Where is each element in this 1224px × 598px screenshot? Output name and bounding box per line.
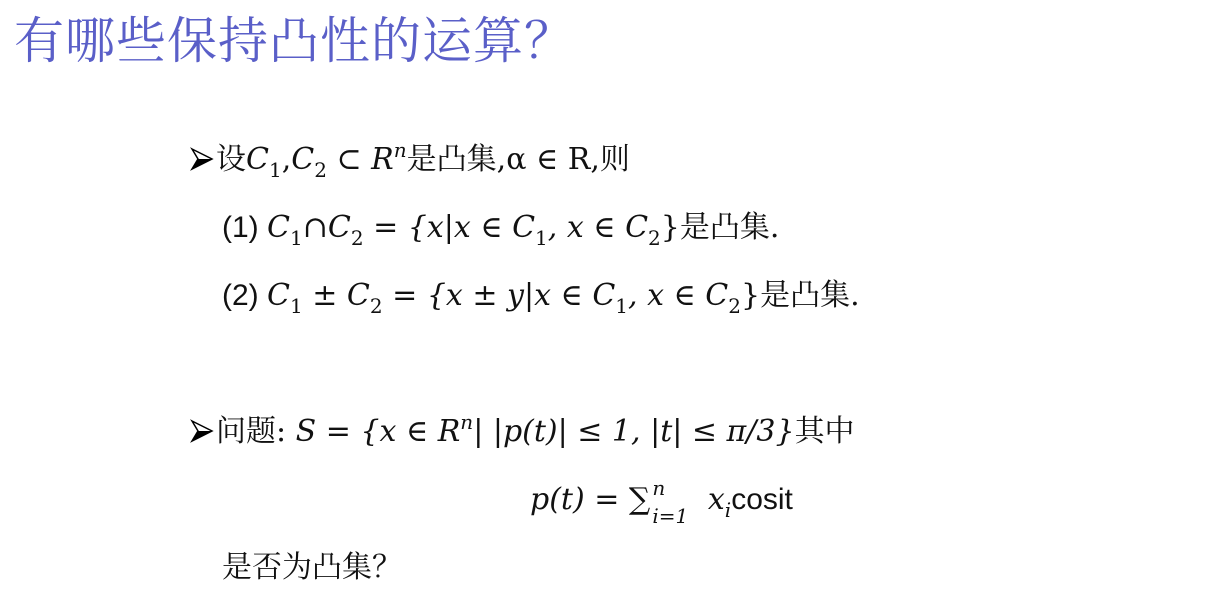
bullet-premise: 设C1,C2 ⊂ Rn是凸集,α ∈ R,则 — [190, 140, 630, 180]
subset-symbol: ⊂ — [327, 142, 371, 177]
arrow-bullet-icon — [190, 147, 214, 171]
arrow-bullet-icon — [190, 419, 214, 443]
premise-prefix: 设 — [216, 142, 246, 177]
item-label: (1) — [222, 211, 267, 244]
formula-lhs: p(t) = — [530, 482, 629, 517]
intersection-symbol: ∩ — [303, 210, 328, 245]
set-c2: C2 — [291, 142, 327, 177]
rhs-c1: C1 — [512, 210, 548, 245]
item-intersection: (1) C1∩C2 = {x|x ∈ C1, x ∈ C2}是凸集. — [222, 208, 779, 248]
rhs-end: } — [661, 210, 680, 245]
alpha-in-r: α ∈ R — [506, 142, 590, 177]
question-prefix: 问题: — [216, 414, 296, 449]
rhs-c1: C1 — [592, 278, 628, 313]
rhs-start: = {x ± y|x ∈ — [383, 278, 593, 313]
space-rn: Rn — [371, 142, 406, 177]
item-sum-difference: (2) C1 ± C2 = {x ± y|x ∈ C1, x ∈ C2}是凸集. — [222, 276, 860, 316]
premise-text: 是凸集, — [407, 142, 507, 177]
rhs-c2: C2 — [705, 278, 741, 313]
sum-symbol: ∑ni=1 — [629, 482, 698, 517]
lhs-c1: C1 — [267, 210, 303, 245]
plus-minus-symbol: ± — [303, 278, 347, 313]
question-text: 是否为凸集？ — [222, 548, 402, 588]
term-x: xi — [698, 482, 731, 517]
set-s-condition: | |p(t)| ≤ 1, |t| ≤ π/3} — [473, 414, 794, 449]
term-cosit: cosit — [731, 483, 793, 516]
set-s-start: S = {x ∈ — [296, 414, 438, 449]
question-where: 其中 — [795, 414, 855, 449]
item-suffix: 是凸集. — [680, 210, 780, 245]
lhs-c2: C2 — [328, 210, 364, 245]
item-label: (2) — [222, 279, 267, 312]
lhs-c1: C1 — [267, 278, 303, 313]
rhs-c2: C2 — [625, 210, 661, 245]
item-suffix: 是凸集. — [760, 278, 860, 313]
rhs-start: = {x|x ∈ — [364, 210, 513, 245]
rhs-mid: , x ∈ — [628, 278, 705, 313]
rhs-mid: , x ∈ — [548, 210, 625, 245]
comma: , — [282, 142, 292, 177]
set-c1: C1 — [246, 142, 282, 177]
rhs-end: } — [741, 278, 760, 313]
lhs-c2: C2 — [347, 278, 383, 313]
space-rn: Rn — [438, 414, 473, 449]
slide-title: 有哪些保持凸性的运算？ — [14, 6, 575, 76]
bullet-question: 问题: S = {x ∈ Rn| |p(t)| ≤ 1, |t| ≤ π/3}其… — [190, 412, 855, 452]
formula-p-of-t: p(t) = ∑ni=1 xicosit — [530, 480, 793, 520]
premise-then: ,则 — [590, 142, 630, 177]
